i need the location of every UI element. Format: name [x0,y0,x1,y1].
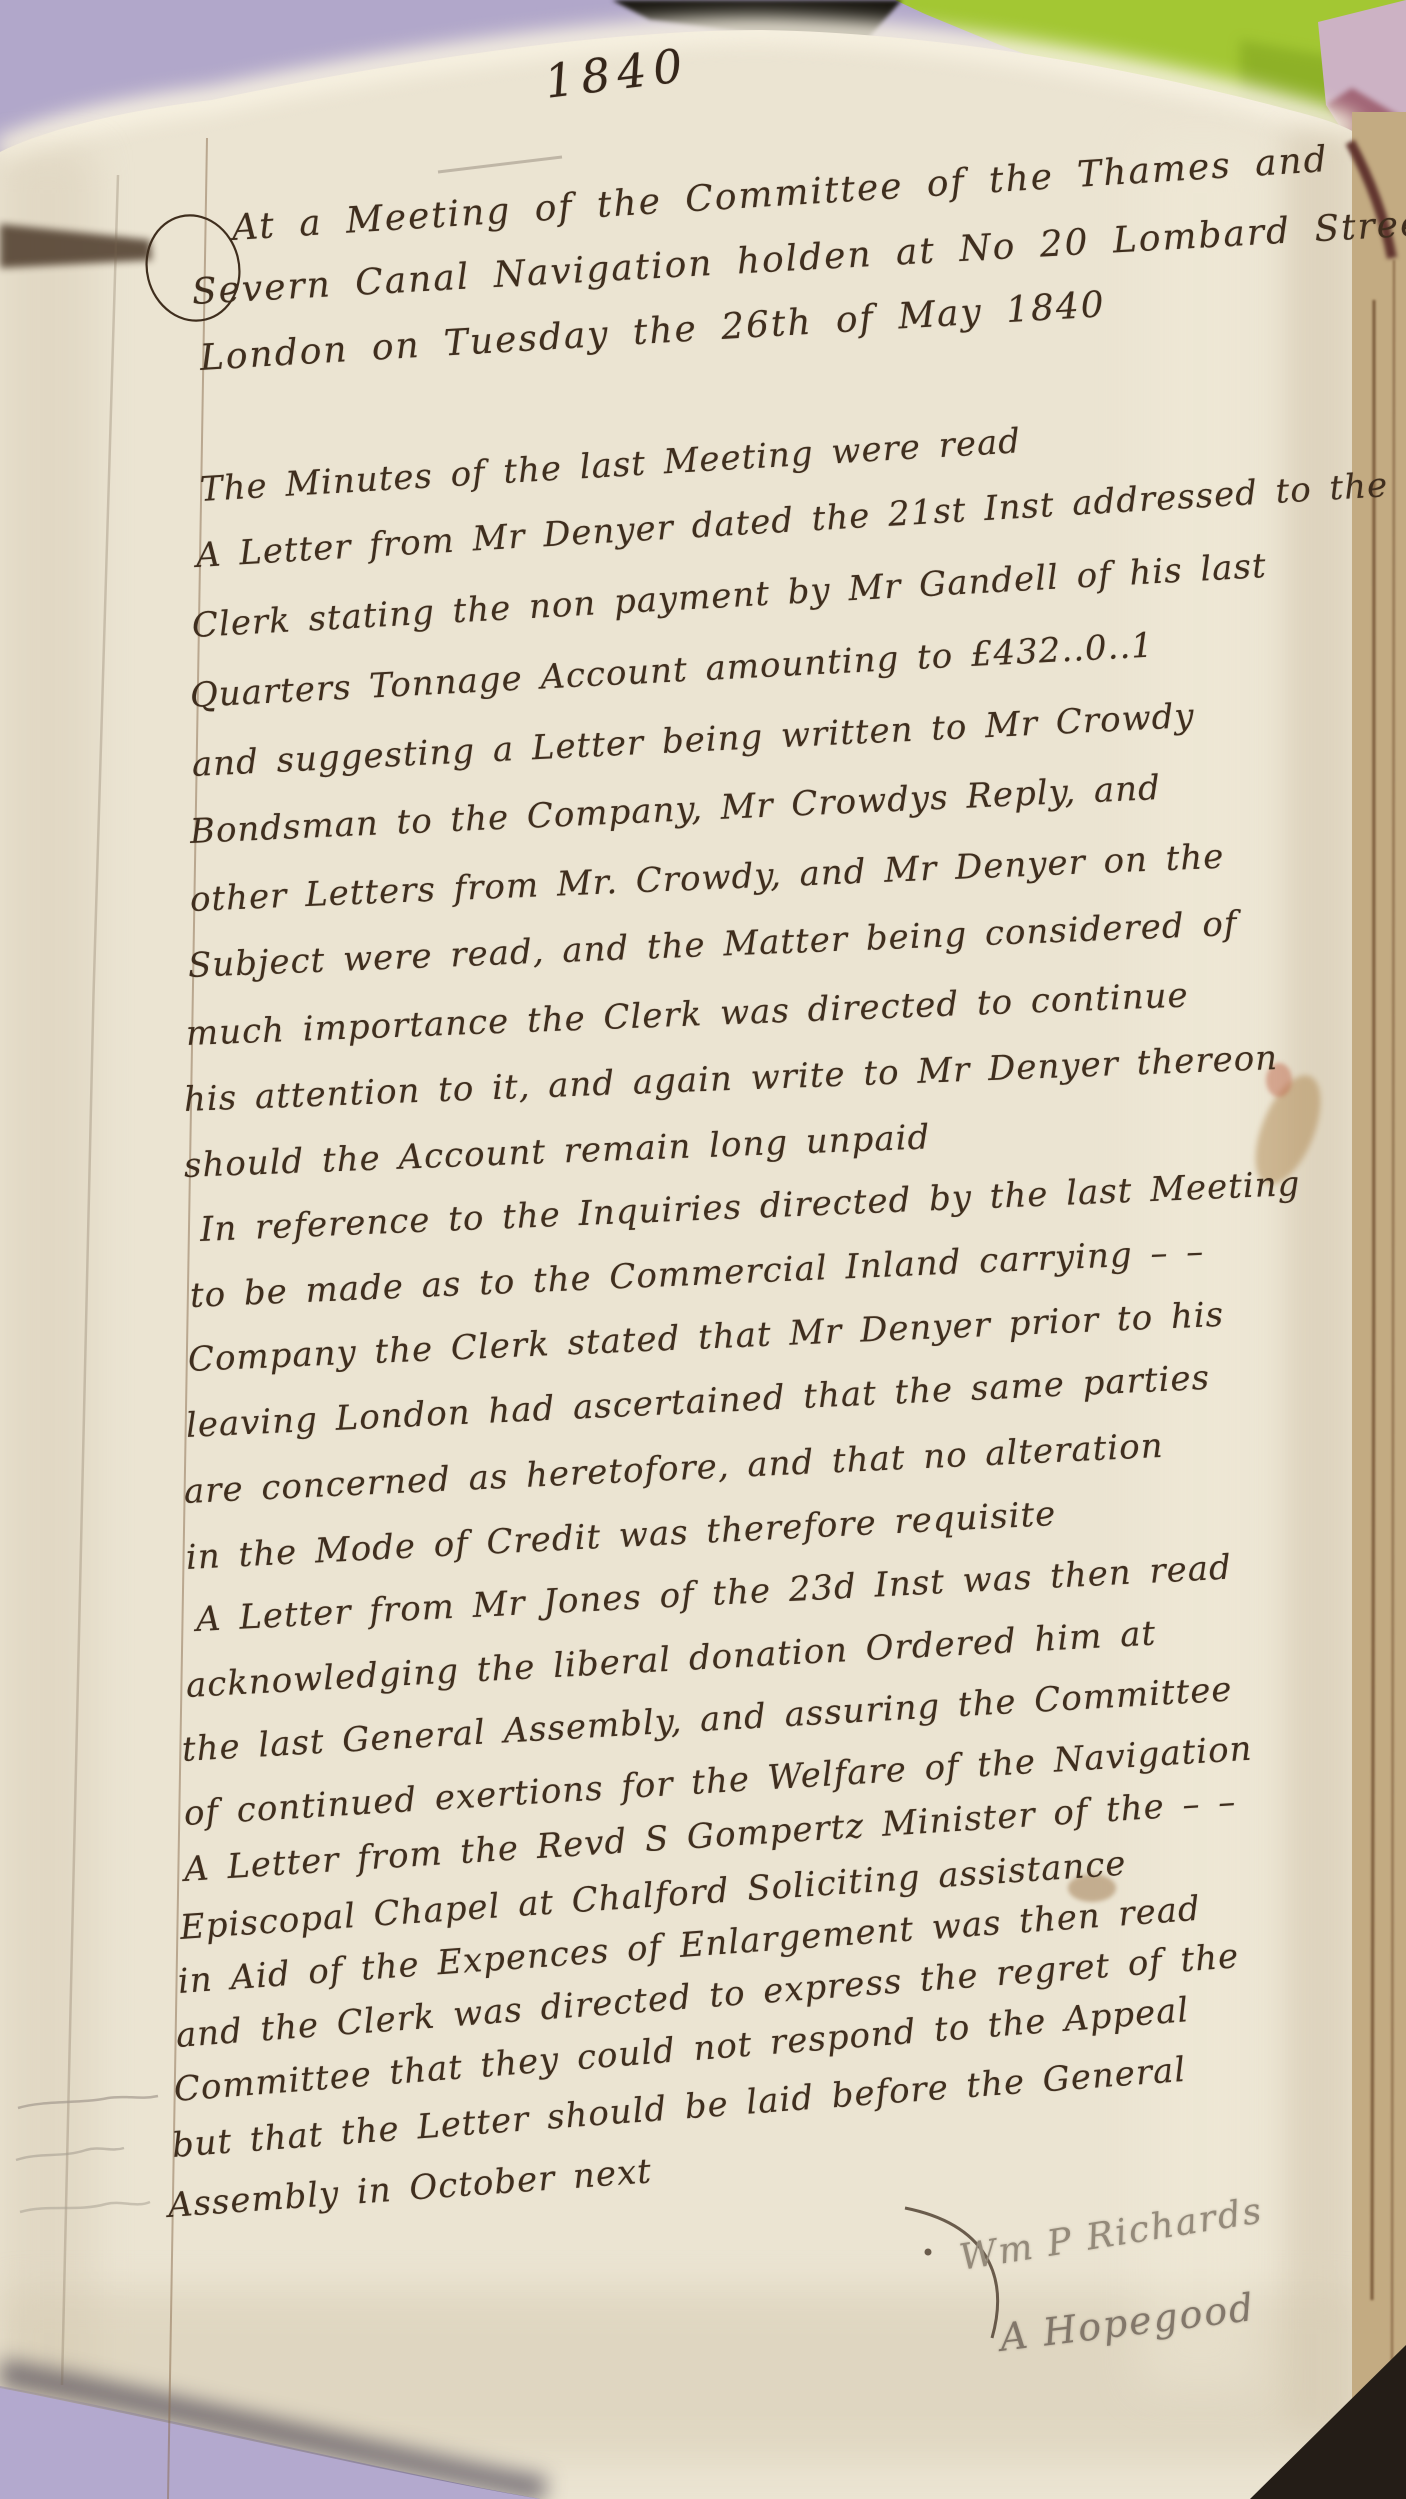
page-right-shade [1285,130,1355,2430]
closing-dot [925,2249,932,2256]
page-edge-stack [1352,112,1406,2499]
stain-small [1068,1874,1116,1902]
page-curve-light [1140,140,1260,2390]
stain-red [1266,1063,1292,1097]
page-left-shade [0,150,95,2410]
manuscript-photograph: 1840 At a Meeting of the Committee of th… [0,0,1406,2499]
photo-background [0,0,1406,2499]
